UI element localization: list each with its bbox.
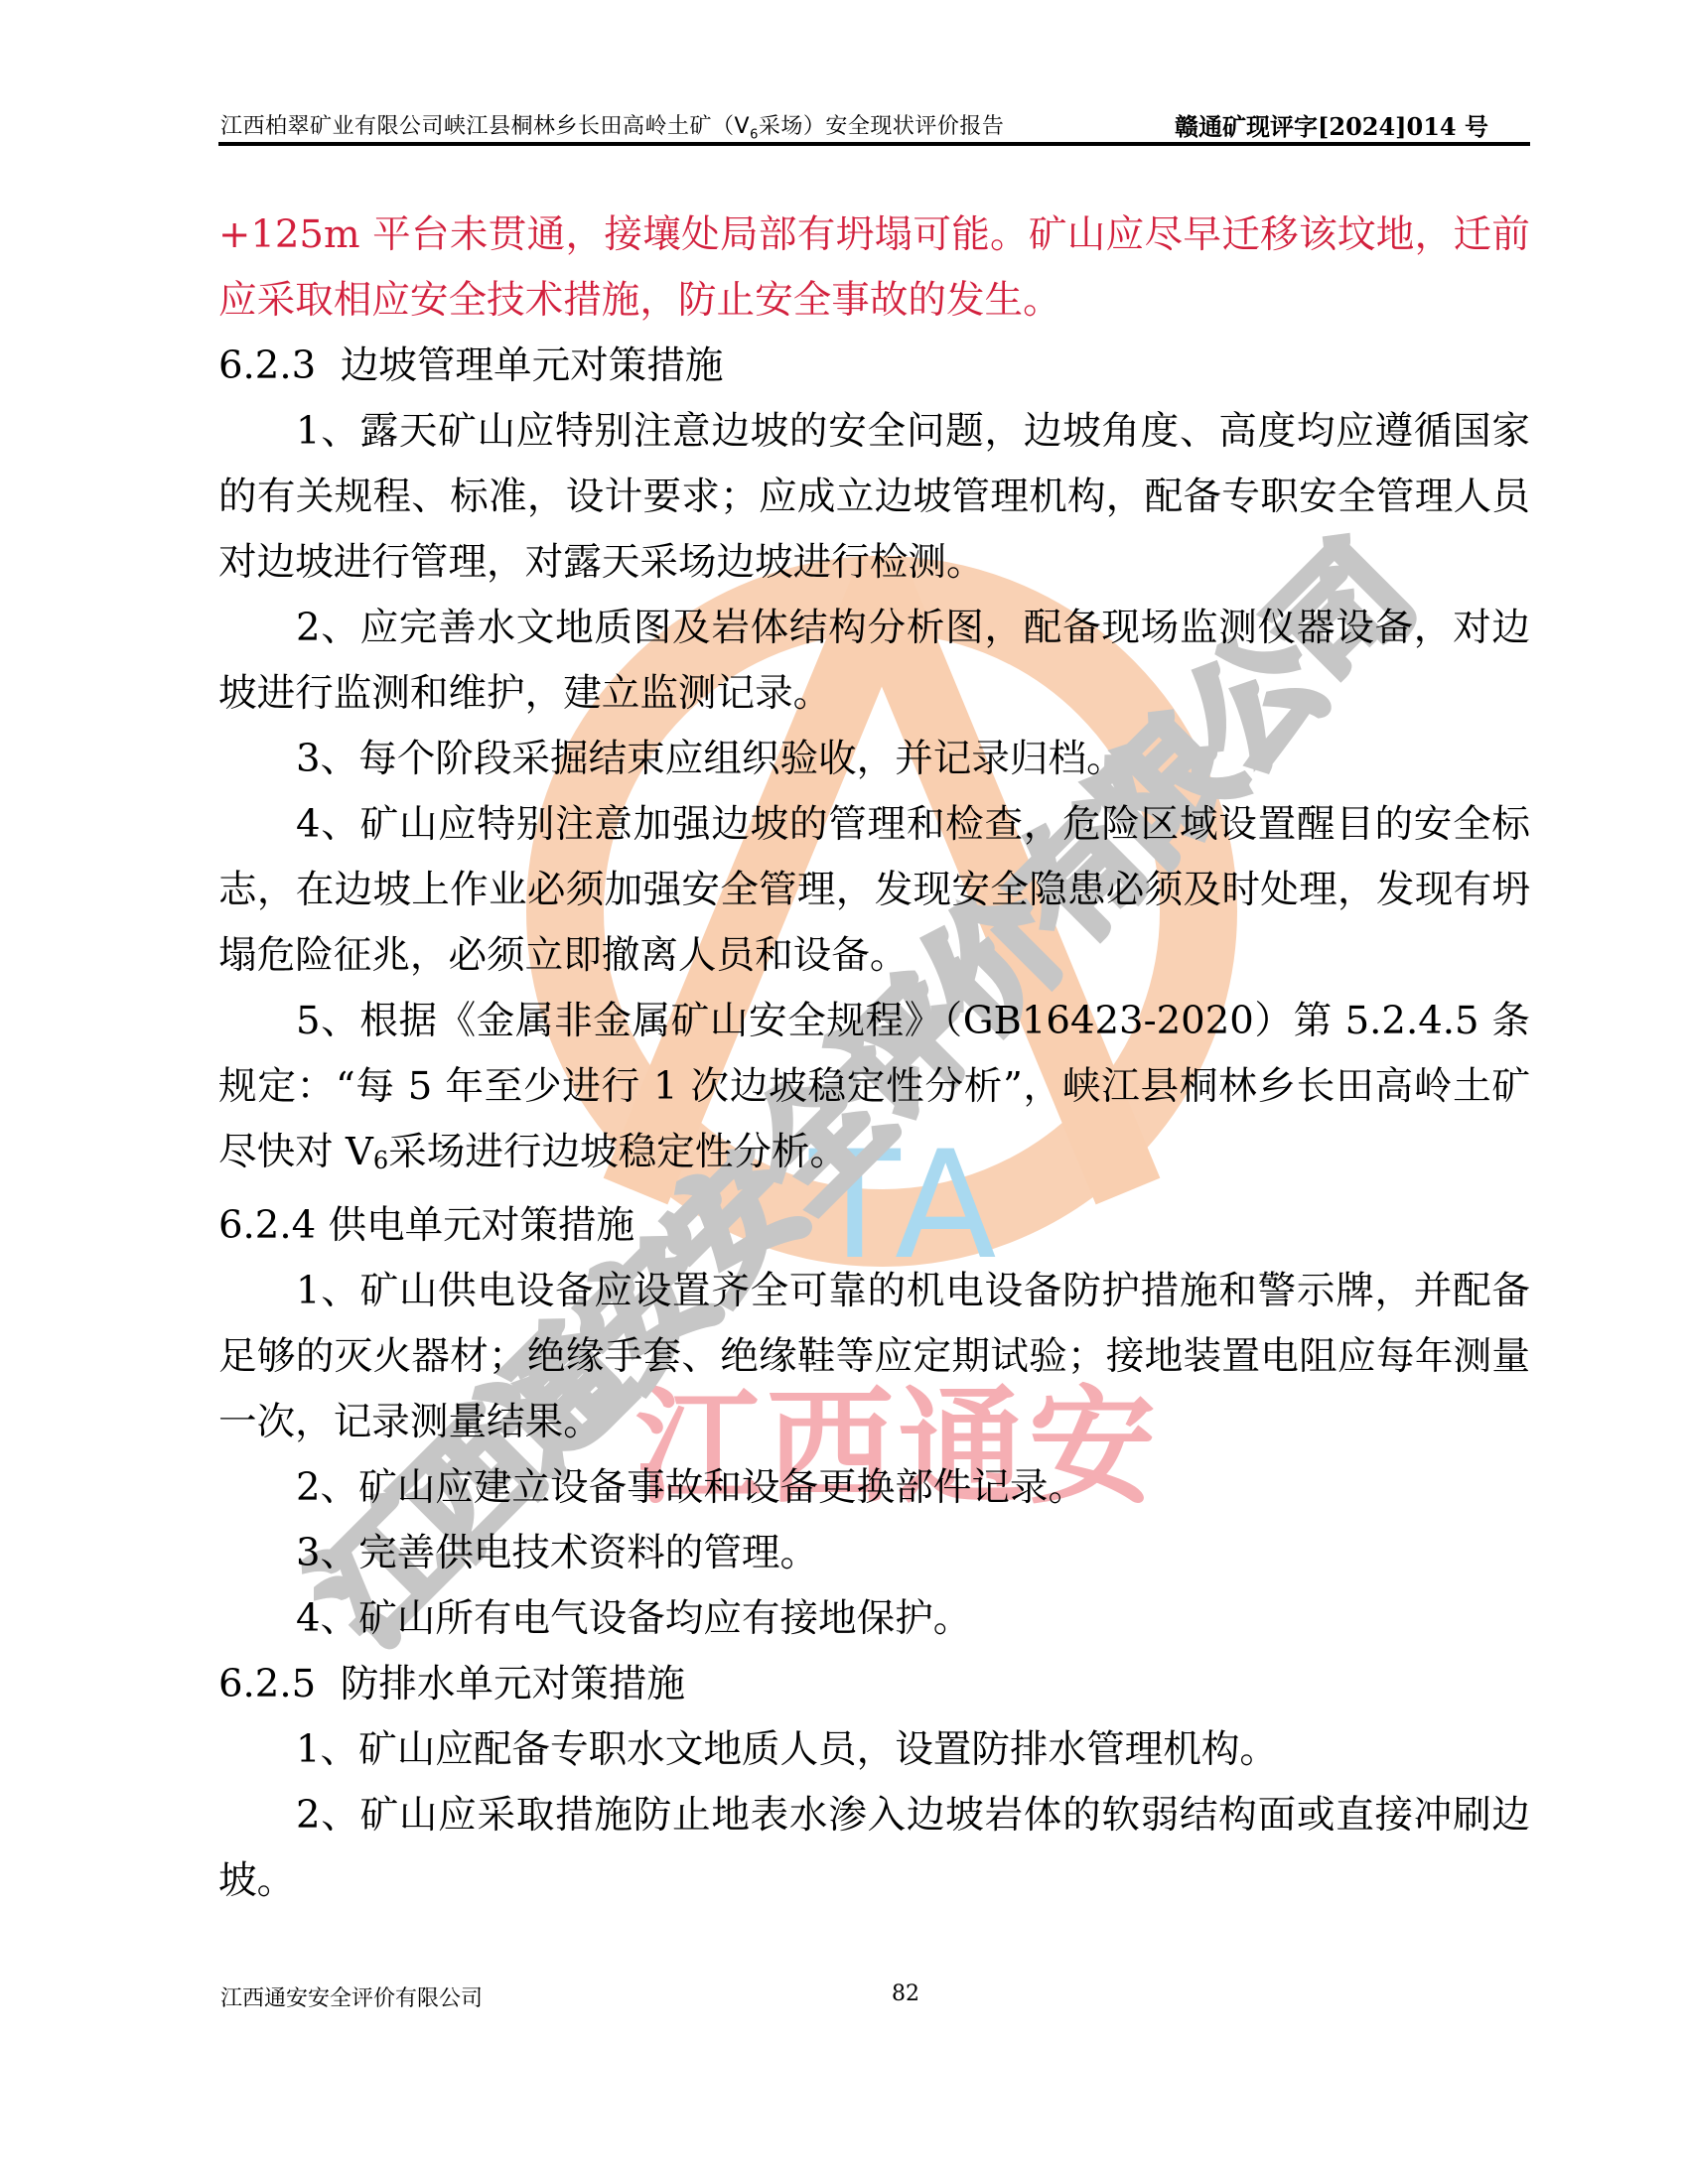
power-measure-3: 3、完善供电技术资料的管理。 xyxy=(218,1521,1530,1586)
section-heading-6-2-3: 6.2.3 边坡管理单元对策措施 xyxy=(218,334,1530,399)
power-measure-4: 4、矿山所有电气设备均应有接地保护。 xyxy=(218,1586,1530,1652)
report-title: 江西柏翠矿业有限公司峡江县桐林乡长田高岭土矿（V6采场）安全现状评价报告 xyxy=(220,109,1004,142)
page-number: 82 xyxy=(892,1981,919,2006)
section-heading-6-2-4: 6.2.4 供电单元对策措施 xyxy=(218,1193,1530,1259)
drainage-measure-1: 1、矿山应配备专职水文地质人员，设置防排水管理机构。 xyxy=(218,1717,1530,1783)
slope-measure-3: 3、每个阶段采掘结束应组织验收，并记录归档。 xyxy=(218,727,1530,792)
drainage-measure-2: 2、矿山应采取措施防止地表水渗入边坡岩体的软弱结构面或直接冲刷边坡。 xyxy=(218,1783,1530,1914)
header-divider xyxy=(218,142,1530,146)
slope-measure-4: 4、矿山应特别注意加强边坡的管理和检查，危险区域设置醒目的安全标志，在边坡上作业… xyxy=(218,792,1530,989)
slope-measure-1: 1、露天矿山应特别注意边坡的安全问题，边坡角度、高度均应遵循国家的有关规程、标准… xyxy=(218,399,1530,596)
page-header: 江西柏翠矿业有限公司峡江县桐林乡长田高岭土矿（V6采场）安全现状评价报告 赣通矿… xyxy=(218,107,1530,139)
page-body: +125m 平台未贯通，接壤处局部有坍塌可能。矿山应尽早迁移该坟地，迁前应采取相… xyxy=(218,203,1530,1914)
intro-warning-text: +125m 平台未贯通，接壤处局部有坍塌可能。矿山应尽早迁移该坟地，迁前应采取相… xyxy=(218,203,1530,334)
slope-measure-2: 2、应完善水文地质图及岩体结构分析图，配备现场监测仪器设备，对边坡进行监测和维护… xyxy=(218,596,1530,727)
page-footer: 江西通安安全评价有限公司 82 xyxy=(220,1981,1532,2011)
power-measure-2: 2、矿山应建立设备事故和设备更换部件记录。 xyxy=(218,1455,1530,1521)
document-number: 赣通矿现评字[2024]014 号 xyxy=(1175,107,1488,142)
footer-company: 江西通安安全评价有限公司 xyxy=(220,1981,483,2012)
section-heading-6-2-5: 6.2.5 防排水单元对策措施 xyxy=(218,1652,1530,1717)
power-measure-1: 1、矿山供电设备应设置齐全可靠的机电设备防护措施和警示牌，并配备足够的灭火器材；… xyxy=(218,1259,1530,1455)
slope-measure-5: 5、根据《金属非金属矿山安全规程》（GB16423-2020）第 5.2.4.5… xyxy=(218,989,1530,1193)
